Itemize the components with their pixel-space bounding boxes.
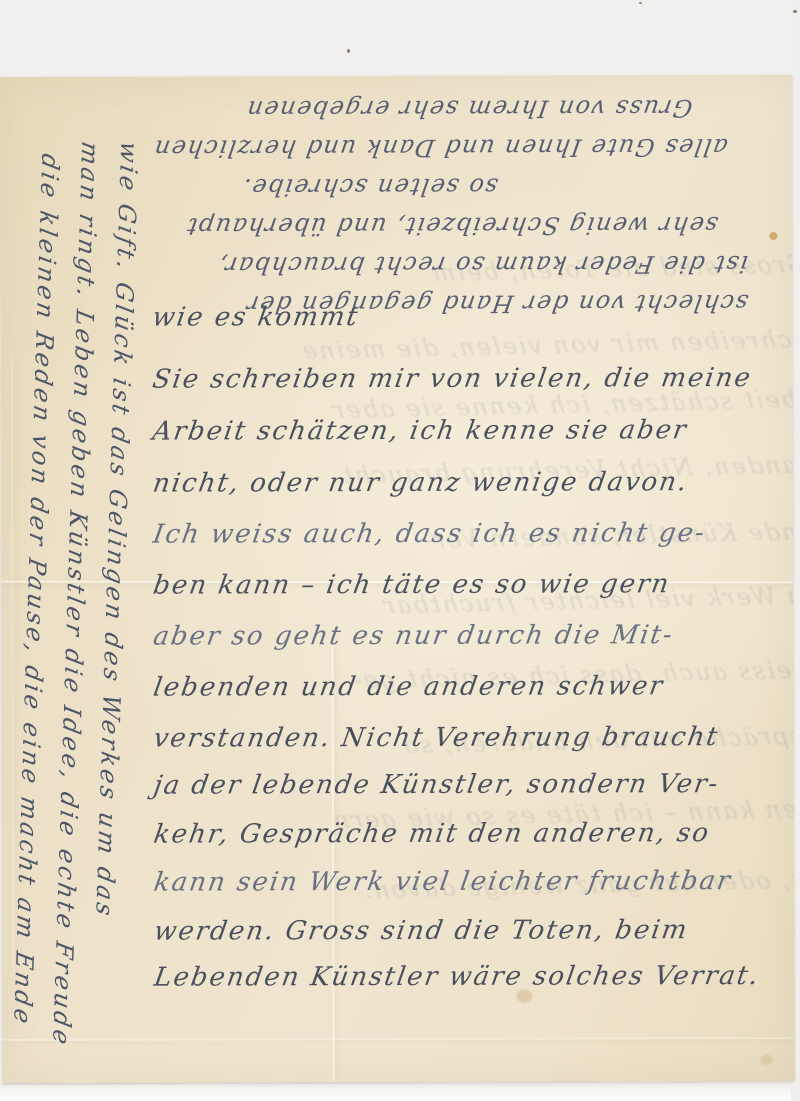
fold-crease-vertical bbox=[331, 636, 334, 1082]
dust-speck bbox=[347, 49, 350, 53]
handwriting-line: nicht, oder nur ganz wenige davon. bbox=[151, 467, 691, 498]
handwriting-line: wie es kommt bbox=[150, 302, 361, 333]
inverted-handwriting-line: sehr wenig Schreibzeit, und überhaupt bbox=[145, 200, 721, 241]
ghost-showthrough-line: Sie schreiben mir von vielen, die meine bbox=[299, 324, 795, 365]
dust-speck bbox=[793, 10, 797, 13]
letter-paper: werden. Gross sind die Toten, beim Sie s… bbox=[0, 75, 795, 1083]
inverted-handwriting-line: Gruss von Ihrem sehr ergebenen bbox=[145, 83, 696, 123]
handwriting-line: ja der lebende Künstler, sondern Ver- bbox=[152, 769, 722, 800]
handwriting-line: kann sein Werk viel leichter fruchtbar bbox=[152, 866, 734, 898]
foxing-spot bbox=[761, 1055, 773, 1065]
handwriting-line: kehr, Gespräche mit den anderen, so bbox=[152, 818, 713, 849]
handwriting-line: lebenden und die anderen schwer bbox=[151, 671, 666, 702]
scan-background: werden. Gross sind die Toten, beim Sie s… bbox=[0, 0, 800, 1101]
scanner-bottom-strip bbox=[0, 1083, 800, 1101]
inverted-handwriting-line: so selten schreibe. bbox=[145, 162, 501, 202]
handwriting-line: Ich weiss auch, dass ich es nicht ge- bbox=[151, 518, 708, 549]
handwriting-line: ben kann – ich täte es so wie gern bbox=[151, 569, 673, 600]
inverted-handwriting-block: schlecht von der Hand gegangen der ist d… bbox=[148, 81, 749, 319]
inverted-handwriting-line: alles Gute Ihnen und Dank und herzlichen bbox=[145, 122, 731, 163]
dust-speck bbox=[639, 2, 642, 4]
handwriting-line: Lebenden Künstler wäre solches Verrat. bbox=[152, 961, 762, 993]
handwriting-line: aber so geht es nur durch die Mit- bbox=[151, 620, 676, 651]
inverted-handwriting-line: ist die Feder kaum so recht brauchbar, bbox=[145, 239, 751, 280]
handwriting-line: werden. Gross sind die Toten, beim bbox=[152, 915, 691, 946]
fold-crease-horizontal bbox=[3, 1037, 795, 1041]
handwriting-line: Arbeit schätzen, ich kenne sie aber bbox=[151, 415, 690, 446]
handwriting-line: Sie schreiben mir von vielen, die meine bbox=[150, 363, 754, 395]
handwriting-line: verstanden. Nicht Verehrung braucht bbox=[151, 722, 721, 753]
foxing-spot bbox=[769, 232, 777, 240]
